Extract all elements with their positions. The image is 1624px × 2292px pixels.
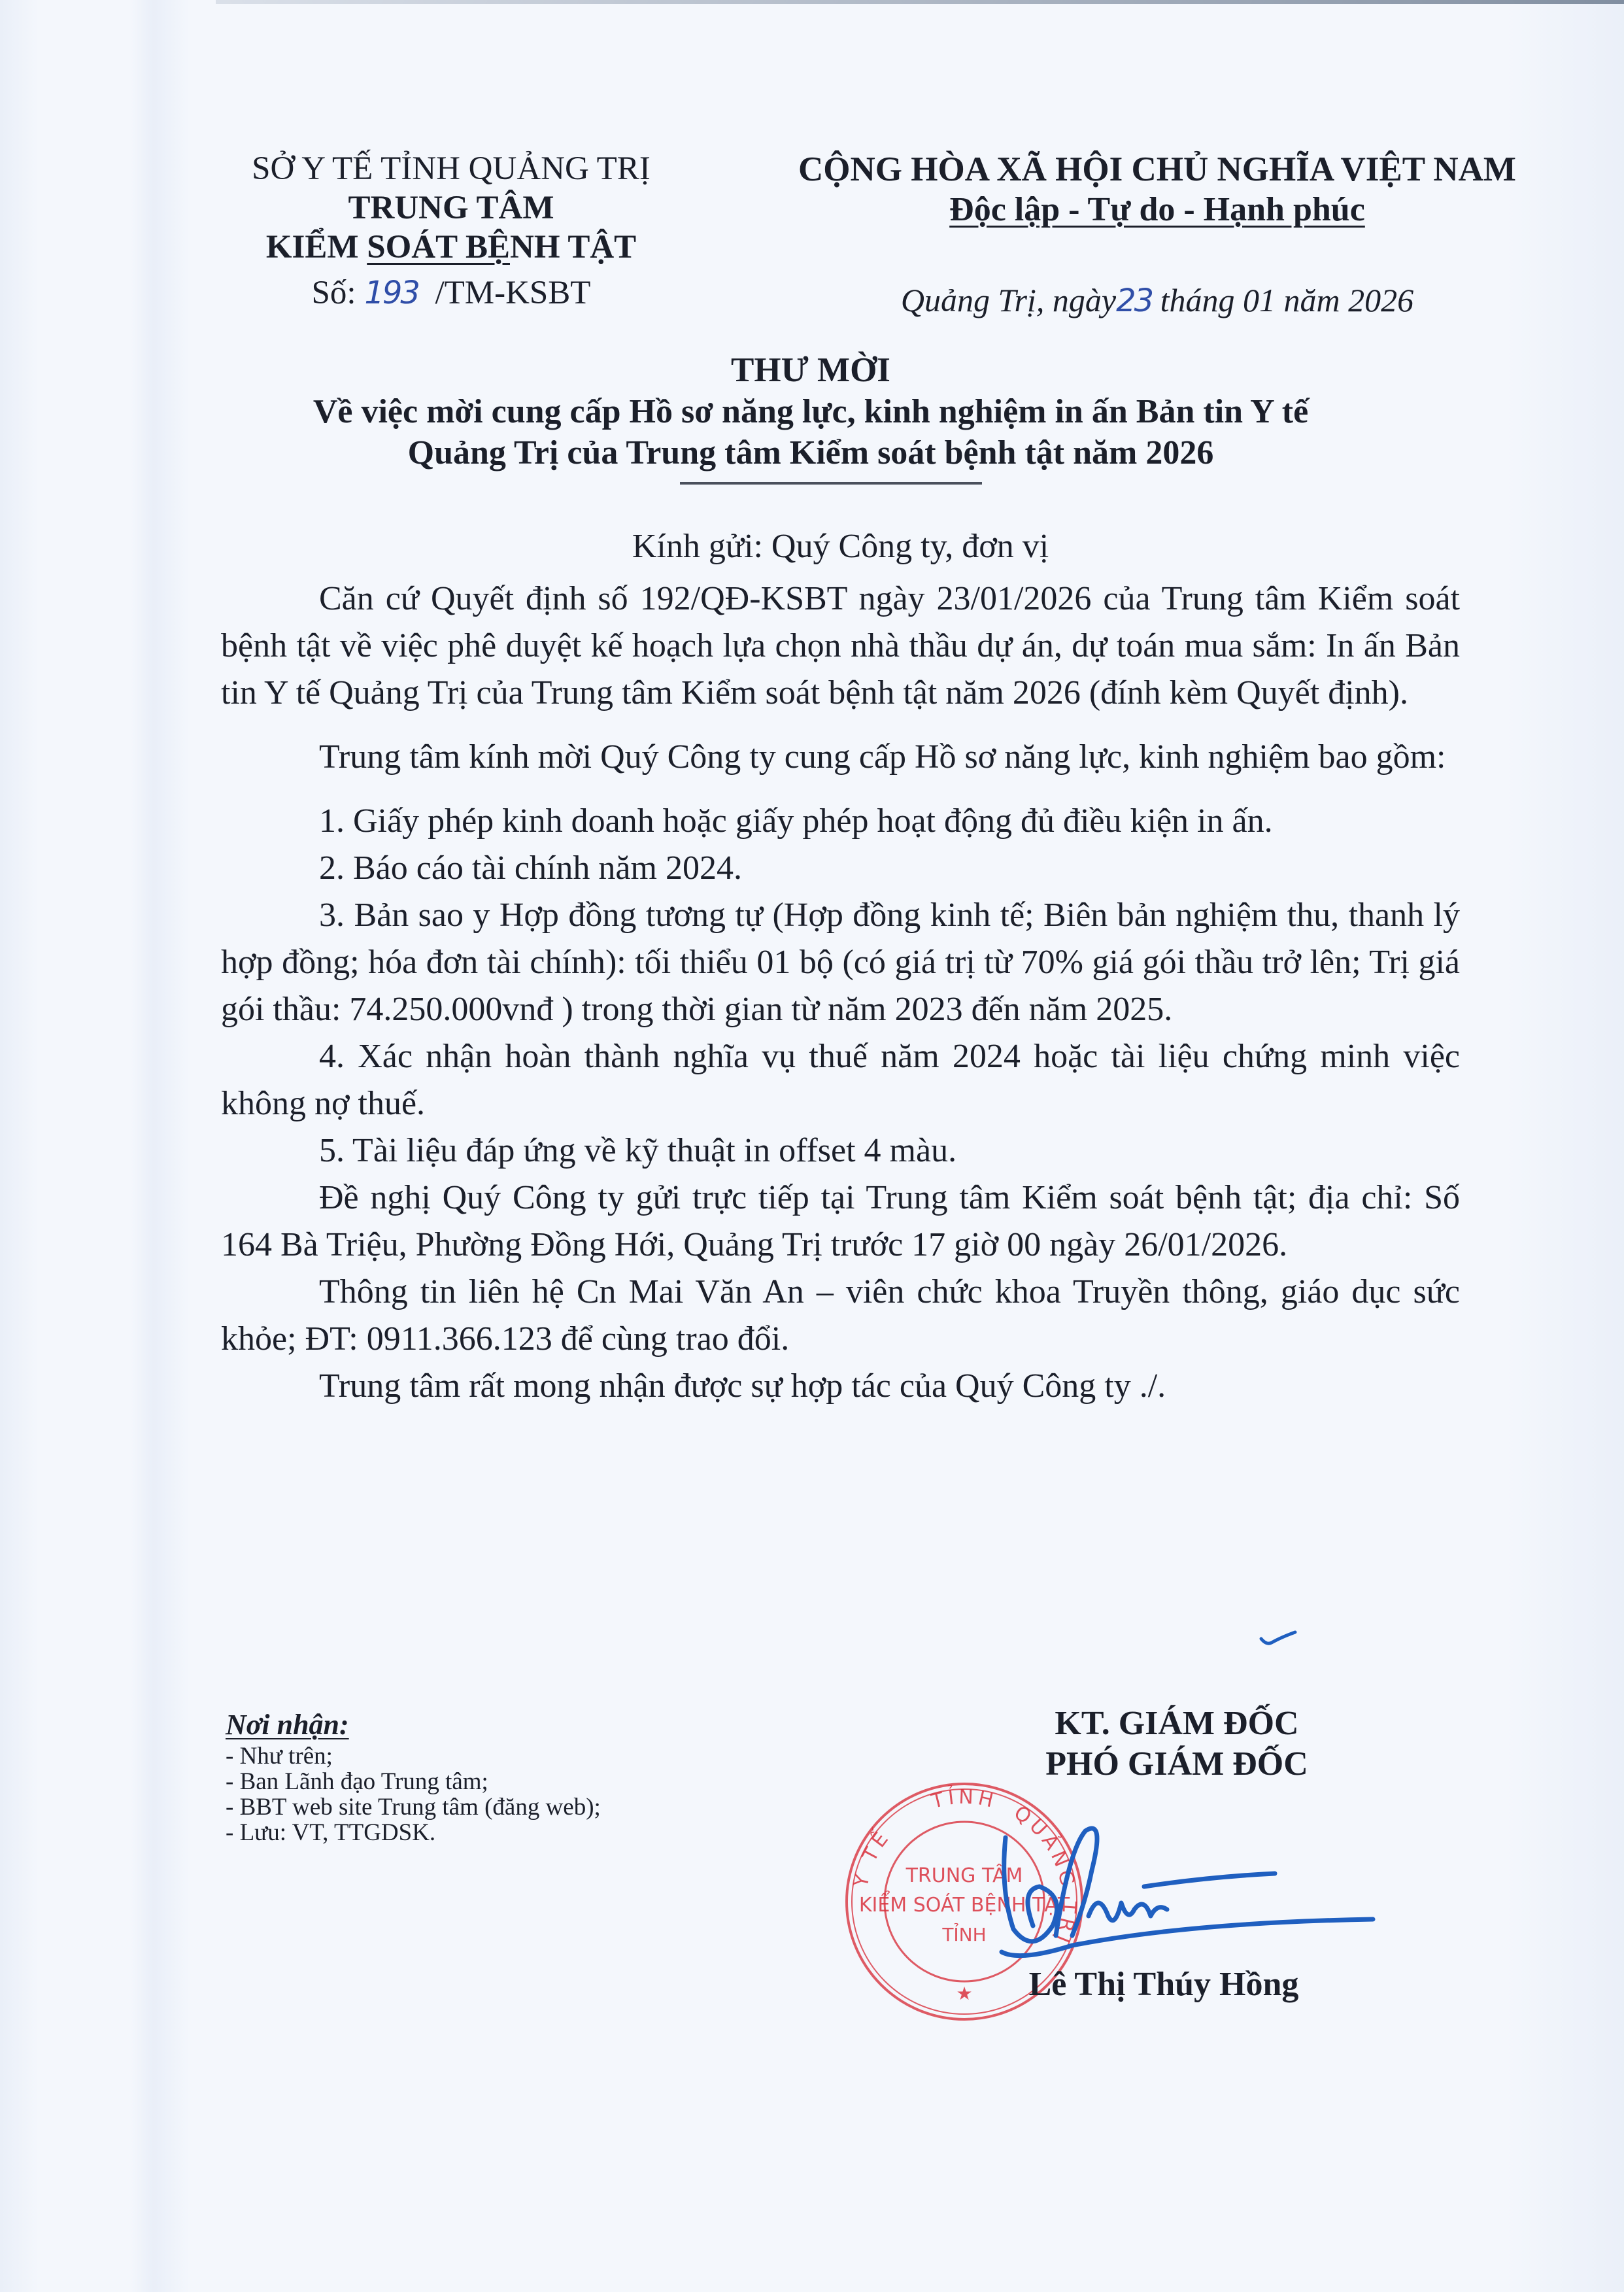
handwritten-day: 23	[1116, 282, 1152, 319]
recipients-block: Nơi nhận: - Như trên; - Ban Lãnh đạo Tru…	[226, 1707, 749, 1845]
title-underline	[680, 482, 982, 485]
agency-name-line2: KIỂM SOÁT BỆNH TẬT	[209, 228, 693, 267]
recipient-item: - Lưu: VT, TTGDSK.	[226, 1820, 749, 1845]
recipient-item: - BBT web site Trung tâm (đăng web);	[226, 1794, 749, 1820]
handwritten-signature	[994, 1811, 1399, 1962]
issuing-agency-block: SỞ Y TẾ TỈNH QUẢNG TRỊ TRUNG TÂM KIỂM SO…	[209, 149, 693, 313]
signer-name: Lê Thị Thúy Hồng	[981, 1965, 1347, 2004]
document-type: THƯ MỜI	[196, 350, 1425, 391]
parent-agency: SỞ Y TẾ TỈNH QUẢNG TRỊ	[209, 149, 693, 188]
signature-title: KT. GIÁM ĐỐC PHÓ GIÁM ĐỐC	[948, 1703, 1406, 1785]
letter-body: Kính gửi: Quý Công ty, đơn vị Căn cứ Quy…	[221, 523, 1460, 1410]
requirement-item: 2. Báo cáo tài chính năm 2024.	[221, 845, 1460, 892]
scan-edge-shadow	[216, 0, 1624, 4]
agency-name-line1: TRUNG TÂM	[209, 188, 693, 228]
national-motto: Độc lập - Tự do - Hạnh phúc	[765, 190, 1549, 230]
recipients-heading: Nơi nhận:	[226, 1707, 749, 1743]
paragraph-basis: Căn cứ Quyết định số 192/QĐ-KSBT ngày 23…	[221, 575, 1460, 717]
paragraph-invitation: Trung tâm kính mời Quý Công ty cung cấp …	[221, 734, 1460, 781]
requirement-item: 1. Giấy phép kinh doanh hoặc giấy phép h…	[221, 798, 1460, 845]
handwritten-number: 193	[364, 275, 418, 311]
requirement-item: 5. Tài liệu đáp ứng về kỹ thuật in offse…	[221, 1127, 1460, 1174]
paragraph-closing: Trung tâm rất mong nhận được sự hợp tác …	[221, 1363, 1460, 1410]
recipient-item: - Như trên;	[226, 1743, 749, 1769]
document-title: THƯ MỜI Về việc mời cung cấp Hồ sơ năng …	[196, 350, 1425, 473]
national-header: CỘNG HÒA XÃ HỘI CHỦ NGHĨA VIỆT NAM Độc l…	[765, 149, 1549, 230]
salutation: Kính gửi: Quý Công ty, đơn vị	[221, 523, 1460, 570]
subject-line-2: Quảng Trị của Trung tâm Kiểm soát bệnh t…	[196, 432, 1425, 473]
document-number: Số: 193 /TM-KSBT	[209, 273, 693, 313]
requirement-item: 4. Xác nhận hoàn thành nghĩa vụ thuế năm…	[221, 1033, 1460, 1127]
svg-text:★: ★	[956, 1983, 972, 2004]
requirement-item: 3. Bản sao y Hợp đồng tương tự (Hợp đồng…	[221, 892, 1460, 1033]
subject-line-1: Về việc mời cung cấp Hồ sơ năng lực, kin…	[196, 391, 1425, 432]
handwritten-tick-mark	[1259, 1630, 1298, 1649]
paragraph-contact: Thông tin liên hệ Cn Mai Văn An – viên c…	[221, 1269, 1460, 1363]
paragraph-submission: Đề nghị Quý Công ty gửi trực tiếp tại Tr…	[221, 1174, 1460, 1269]
country-name: CỘNG HÒA XÃ HỘI CHỦ NGHĨA VIỆT NAM	[765, 149, 1549, 190]
recipient-item: - Ban Lãnh đạo Trung tâm;	[226, 1769, 749, 1794]
svg-text:TỈNH: TỈNH	[941, 1923, 986, 1945]
document-date: Quảng Trị, ngày23 tháng 01 năm 2026	[771, 281, 1543, 319]
